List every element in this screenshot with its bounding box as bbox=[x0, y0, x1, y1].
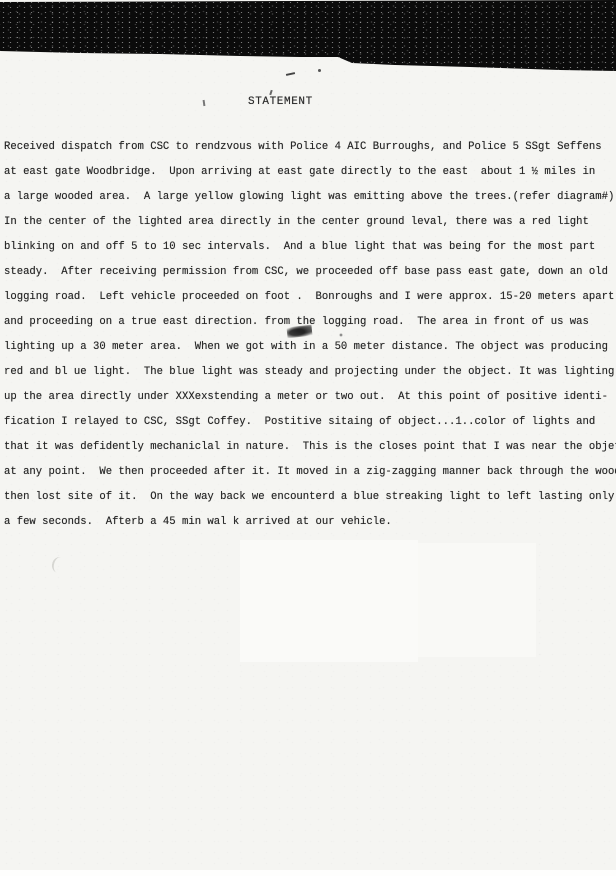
statement-line: steady. After receiving permission from … bbox=[4, 260, 616, 285]
statement-line: blinking on and off 5 to 10 sec interval… bbox=[4, 235, 616, 260]
statement-line: lighting up a 30 meter area. When we got… bbox=[4, 335, 616, 360]
statement-line: a few seconds. Afterb a 45 min wal k arr… bbox=[4, 510, 616, 535]
statement-line: red and bl ue light. The blue light was … bbox=[4, 360, 616, 385]
statement-line: at any point. We then proceeded after it… bbox=[4, 460, 616, 485]
statement-line: fication I relayed to CSC, SSgt Coffey. … bbox=[4, 410, 616, 435]
scan-crescent-mark bbox=[50, 556, 67, 575]
scan-light-patch bbox=[418, 543, 536, 657]
statement-line: Received dispatch from CSC to rendzvous … bbox=[4, 135, 616, 160]
scan-speck bbox=[203, 100, 206, 106]
scan-redaction-bar bbox=[0, 0, 616, 76]
statement-line: at east gate Woodbridge. Upon arriving a… bbox=[4, 160, 616, 185]
scan-speck bbox=[286, 72, 295, 76]
statement-line: up the area directly under XXXexstending… bbox=[4, 385, 616, 410]
statement-line: then lost site of it. On the way back we… bbox=[4, 485, 616, 510]
statement-line: that it was defidently mechaniclal in na… bbox=[4, 435, 616, 460]
scan-speck bbox=[269, 90, 272, 95]
statement-line: logging road. Left vehicle proceeded on … bbox=[4, 285, 616, 310]
ink-asterisk-mark bbox=[339, 333, 343, 337]
scanned-document-page: STATEMENT Received dispatch from CSC to … bbox=[0, 0, 616, 876]
statement-line: a large wooded area. A large yellow glow… bbox=[4, 185, 616, 210]
statement-line: In the center of the lighted area direct… bbox=[4, 210, 616, 235]
scan-light-patch bbox=[240, 540, 418, 662]
scan-edge-strip bbox=[0, 870, 616, 876]
document-title: STATEMENT bbox=[248, 96, 313, 108]
scan-speck bbox=[318, 69, 321, 72]
